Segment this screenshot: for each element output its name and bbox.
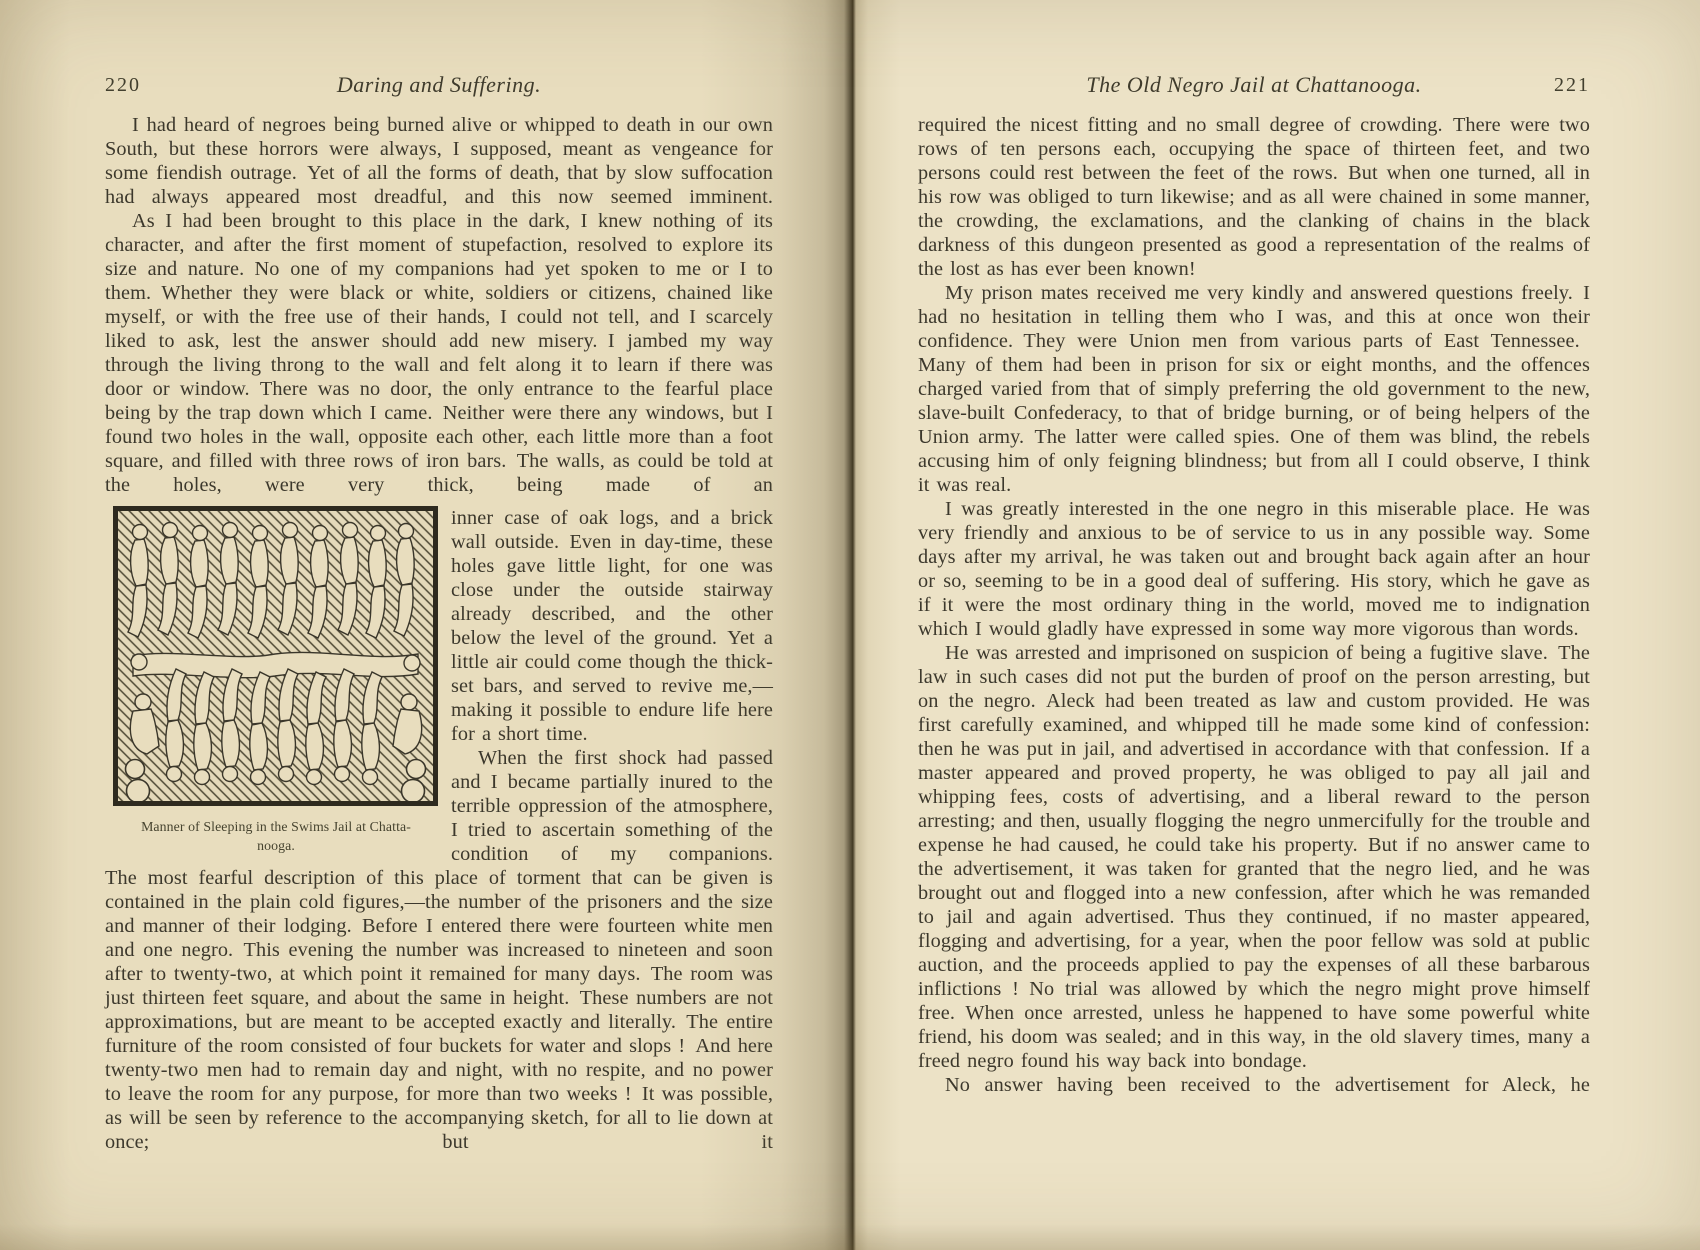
paragraph: I was greatly interested in the one negr… [918, 497, 1590, 641]
paragraph: When the first shock had passed and I be… [451, 746, 773, 866]
left-top-block: I had heard of negroes being burned aliv… [105, 113, 773, 497]
right-page-header: The Old Negro Jail at Chattanooga. 221 [918, 72, 1590, 104]
paragraph: My prison mates received me very kindly … [918, 281, 1590, 497]
paragraph: The most fearful description of this pla… [105, 866, 773, 1154]
figure-and-sidetext-row: Manner of Sleeping in the Swims Jail at … [105, 506, 773, 866]
open-book-spread: 220 Daring and Suffering. I had heard of… [0, 0, 1700, 1250]
paragraph: inner case of oak logs, and a brick wall… [451, 506, 773, 746]
figure-caption: Manner of Sleeping in the Swims Jail at … [105, 817, 447, 855]
left-page-body: I had heard of negroes being burned aliv… [105, 113, 773, 1154]
left-page-header: 220 Daring and Suffering. [105, 72, 773, 104]
text-beside-figure: inner case of oak logs, and a brick wall… [451, 506, 773, 866]
left-page-edge-shading [0, 0, 70, 1250]
left-running-head: Daring and Suffering. [105, 72, 773, 98]
figure-caption-line2: nooga. [105, 836, 447, 855]
jail-sleeping-engraving [113, 506, 438, 806]
right-running-head: The Old Negro Jail at Chattanooga. [918, 72, 1590, 98]
figure-block: Manner of Sleeping in the Swims Jail at … [105, 506, 451, 866]
figure-caption-line1: Manner of Sleeping in the Swims Jail at … [105, 817, 447, 836]
paragraph: I had heard of negroes being burned aliv… [105, 113, 773, 209]
engraving-illustration [113, 506, 438, 806]
right-page-number: 221 [1554, 74, 1590, 97]
right-page-body: required the nicest fitting and no small… [918, 113, 1590, 1097]
paragraph: He was arrested and imprisoned on suspic… [918, 641, 1590, 1073]
paragraph: required the nicest fitting and no small… [918, 113, 1590, 281]
paragraph: As I had been brought to this place in t… [105, 209, 773, 497]
paragraph: No answer having been received to the ad… [918, 1073, 1590, 1097]
